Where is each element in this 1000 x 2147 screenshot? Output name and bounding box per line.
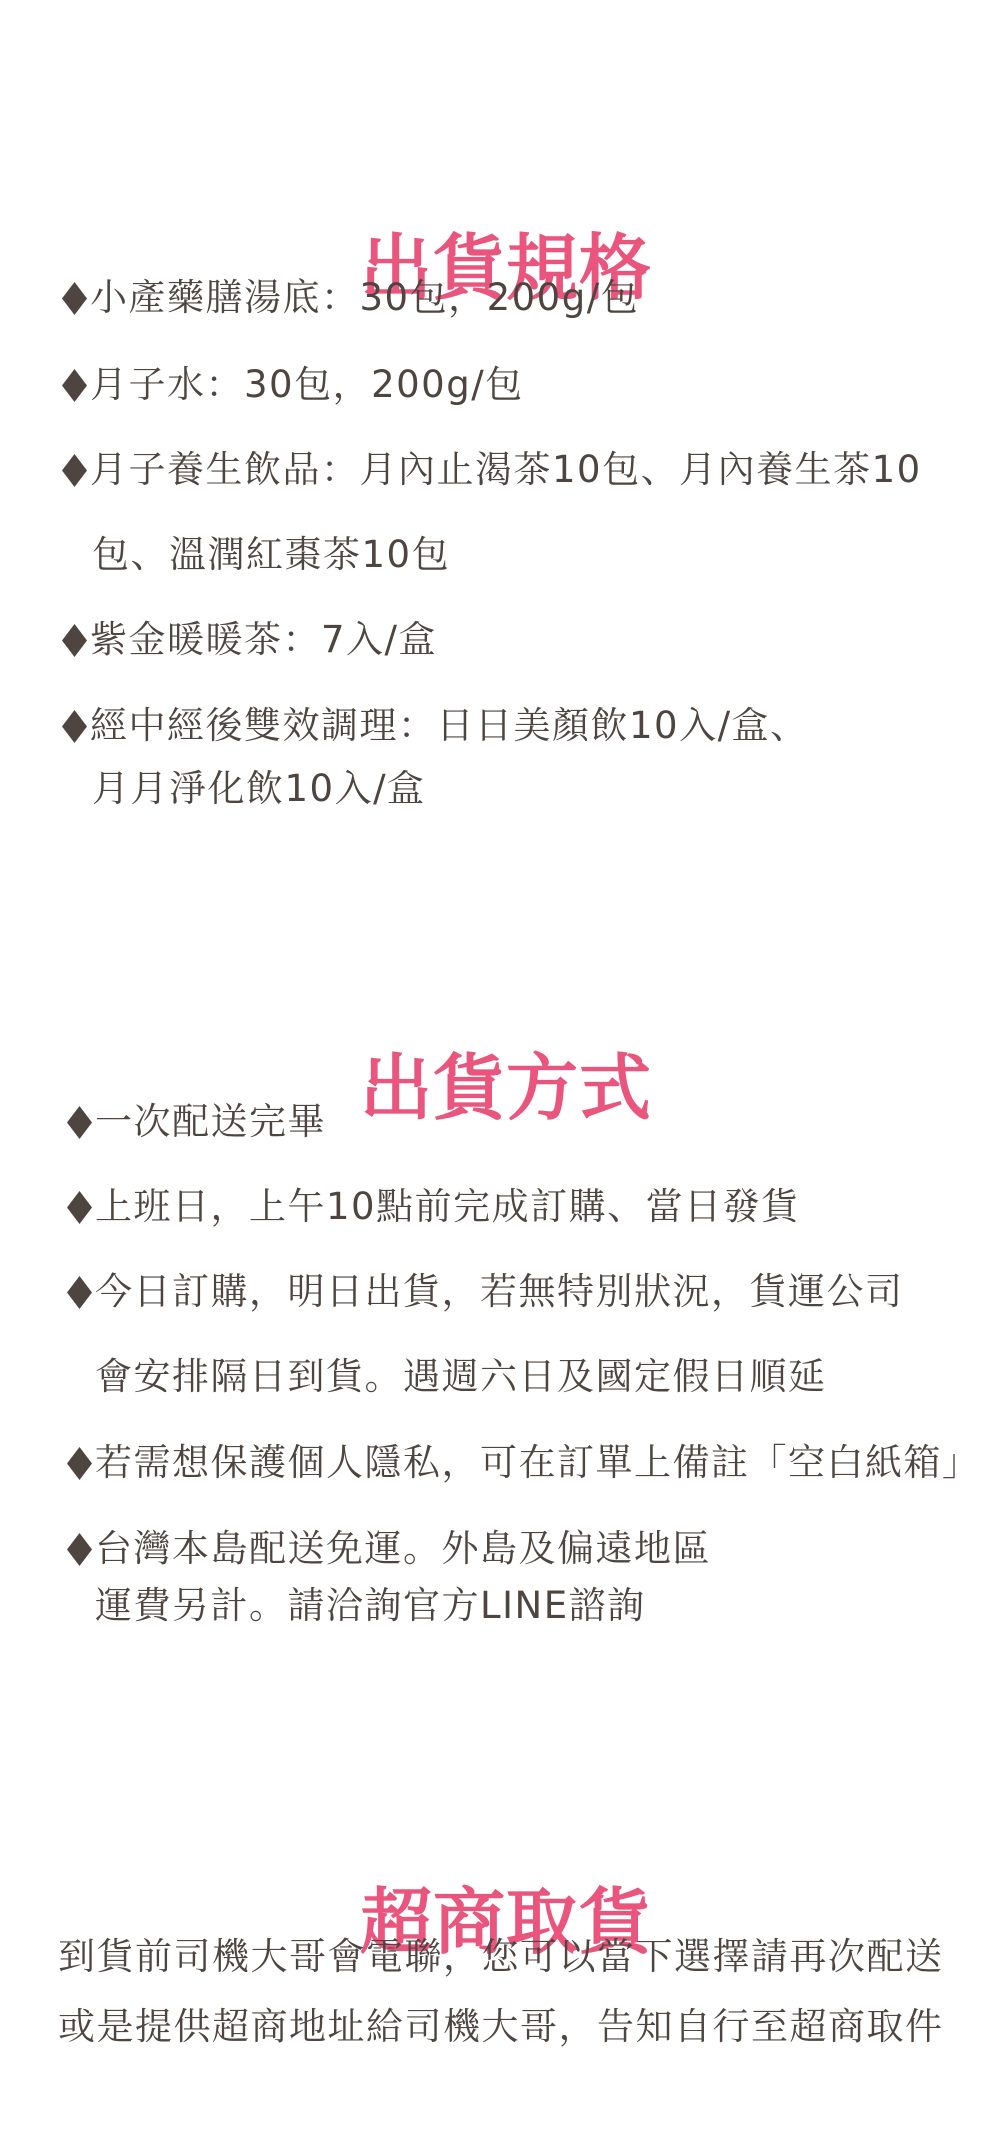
- spec-item: 小產藥膳湯底：30包，200g/包: [62, 273, 639, 323]
- method-item-text: 今日訂購，明日出貨，若無特別狀況，貨運公司: [95, 1267, 904, 1317]
- spec-item: 經中經後雙效調理：日日美顏飲10入/盒、: [62, 701, 809, 751]
- method-item-text: 台灣本島配送免運。外島及偏遠地區: [95, 1524, 711, 1574]
- method-item-text: 一次配送完畢: [95, 1097, 326, 1147]
- diamond-bullet-icon: [67, 1447, 92, 1480]
- diamond-bullet-icon: [62, 710, 87, 743]
- method-item: 上班日，上午10點前完成訂購、當日發貨: [67, 1182, 800, 1232]
- spec-item: 紫金暖暖茶：7入/盒: [62, 615, 437, 665]
- method-item: 今日訂購，明日出貨，若無特別狀況，貨運公司: [67, 1267, 904, 1317]
- diamond-bullet-icon: [67, 1106, 92, 1139]
- diamond-bullet-icon: [67, 1276, 92, 1309]
- method-item-continuation: 會安排隔日到貨。遇週六日及國定假日順延: [95, 1352, 827, 1402]
- spec-item-continuation: 月月淨化飲10入/盒: [92, 764, 426, 814]
- diamond-bullet-icon: [62, 282, 87, 315]
- method-item: 一次配送完畢: [67, 1097, 326, 1147]
- diamond-bullet-icon: [62, 369, 87, 402]
- method-item: 台灣本島配送免運。外島及偏遠地區: [67, 1524, 711, 1574]
- method-item-text: 上班日，上午10點前完成訂購、當日發貨: [95, 1182, 800, 1232]
- spec-item-text: 紫金暖暖茶：7入/盒: [90, 615, 437, 665]
- spec-item: 月子水：30包，200g/包: [62, 360, 524, 410]
- diamond-bullet-icon: [67, 1533, 92, 1566]
- method-item-text: 若需想保護個人隱私，可在訂單上備註「空白紙箱」: [95, 1438, 981, 1488]
- spec-item-text: 小產藥膳湯底：30包，200g/包: [90, 273, 639, 323]
- spec-item-text: 月子水：30包，200g/包: [90, 360, 524, 410]
- pickup-paragraph-line: 或是提供超商地址給司機大哥，告知自行至超商取件: [58, 2002, 944, 2052]
- method-item-continuation: 運費另計。請洽詢官方LINE諮詢: [95, 1581, 646, 1631]
- pickup-paragraph-line: 到貨前司機大哥會電聯，您可以當下選擇請再次配送: [58, 1932, 944, 1982]
- spec-item-text: 經中經後雙效調理：日日美顏飲10入/盒、: [90, 701, 809, 751]
- spec-item: 月子養生飲品：月內止渴茶10包、月內養生茶10: [62, 445, 922, 495]
- spec-item-continuation: 包、溫潤紅棗茶10包: [92, 530, 450, 580]
- method-item: 若需想保護個人隱私，可在訂單上備註「空白紙箱」: [67, 1438, 981, 1488]
- diamond-bullet-icon: [62, 624, 87, 657]
- diamond-bullet-icon: [62, 454, 87, 487]
- spec-item-text: 月子養生飲品：月內止渴茶10包、月內養生茶10: [90, 445, 922, 495]
- diamond-bullet-icon: [67, 1191, 92, 1224]
